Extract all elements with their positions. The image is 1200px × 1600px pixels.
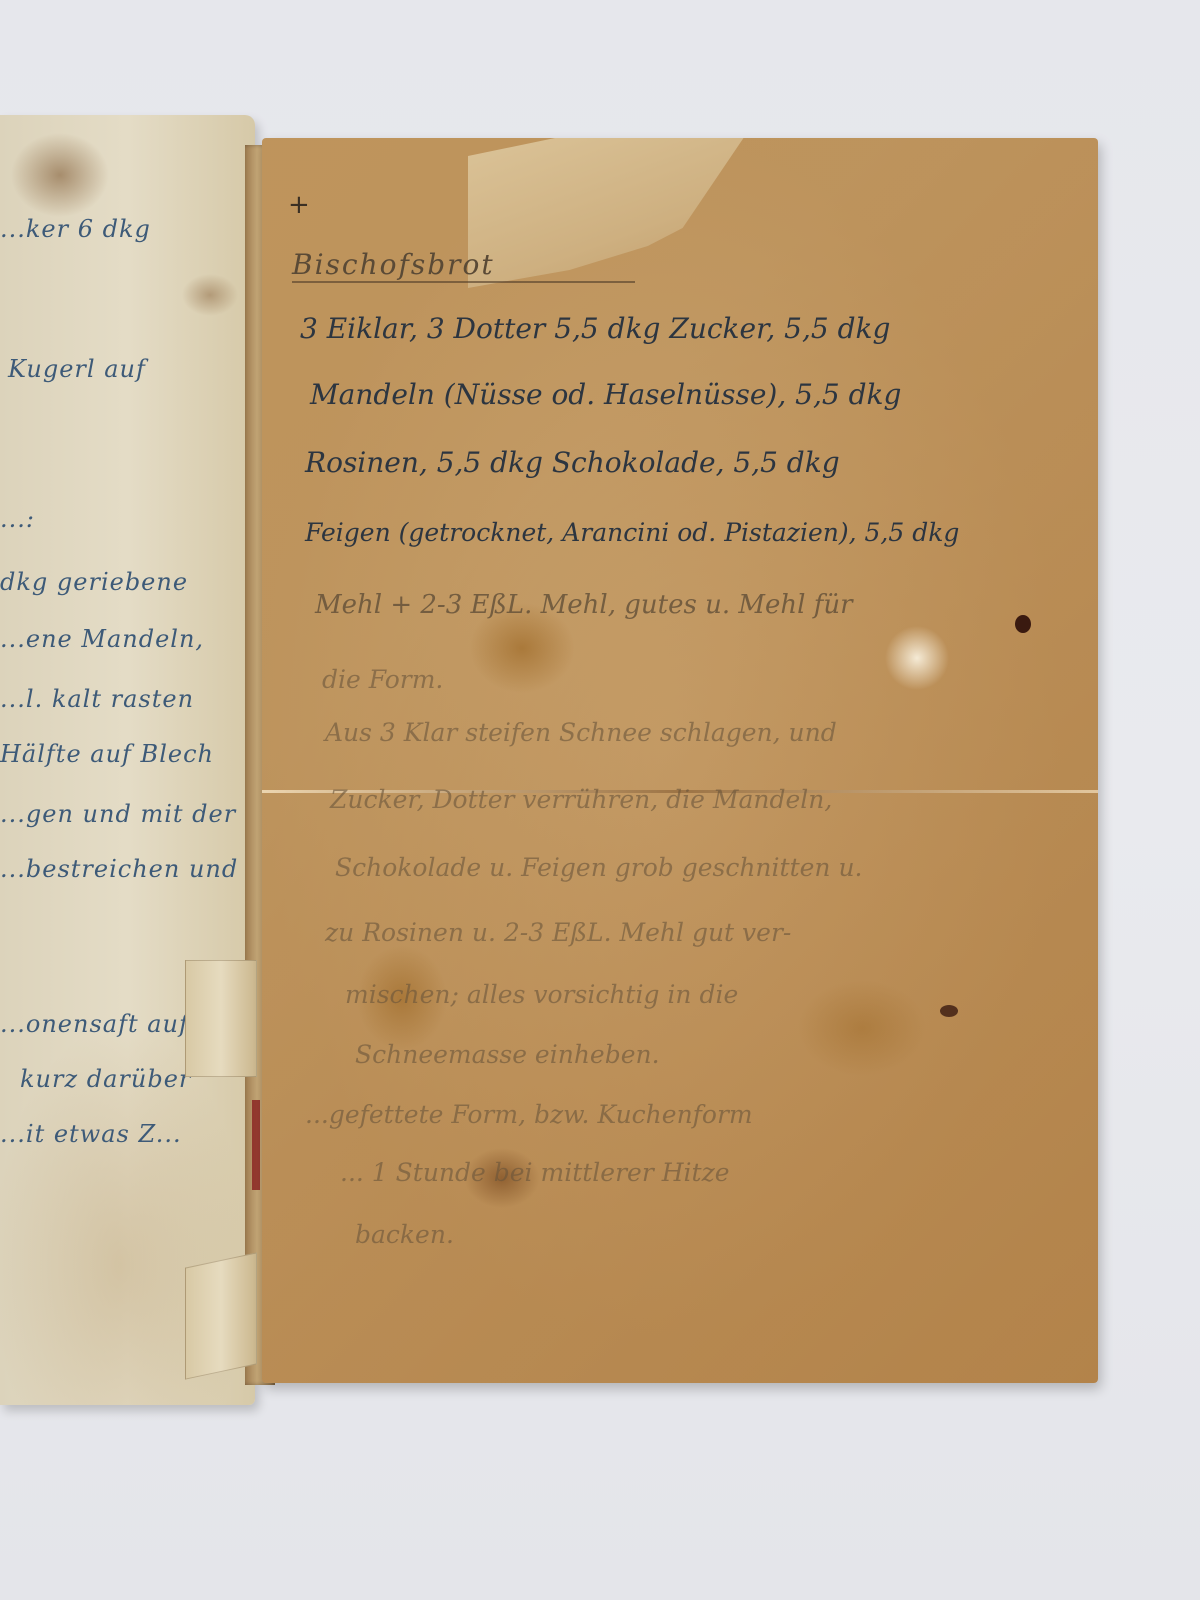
recipe-line: ...gefettete Form, bzw. Kuchenform (305, 1100, 753, 1129)
photo-scene: ...ker 6 dkg Kugerl auf ...: dkg geriebe… (0, 0, 1200, 1600)
recipe-line: Schneemasse einheben. (355, 1040, 660, 1069)
ink-blot (940, 1005, 958, 1017)
left-line: dkg geriebene (0, 568, 188, 596)
left-line: kurz darüber (20, 1065, 191, 1093)
corner-mark: + (288, 190, 310, 220)
left-line: ...l. kalt rasten (0, 685, 194, 713)
left-line: ...: (0, 505, 35, 533)
left-line: ...onensaft auf (0, 1010, 189, 1038)
left-line: ...it etwas Z... (0, 1120, 182, 1148)
binding-thread (252, 1100, 260, 1190)
recipe-line: 3 Eiklar, 3 Dotter 5,5 dkg Zucker, 5,5 d… (300, 312, 890, 345)
recipe-line: Feigen (getrocknet, Arancini od. Pistazi… (305, 518, 959, 547)
left-line: Hälfte auf Blech (0, 740, 214, 768)
torn-page-stub (185, 960, 257, 1077)
recipe-line: ... 1 Stunde bei mittlerer Hitze (340, 1158, 730, 1187)
left-notebook-page: ...ker 6 dkg Kugerl auf ...: dkg geriebe… (0, 115, 255, 1405)
recipe-line: die Form. (322, 665, 443, 694)
recipe-line: Mehl + 2-3 EßL. Mehl, gutes u. Mehl für (315, 590, 853, 620)
recipe-line: Mandeln (Nüsse od. Haselnüsse), 5,5 dkg (310, 378, 901, 411)
left-line: ...ene Mandeln, (0, 625, 204, 653)
recipe-line: zu Rosinen u. 2-3 EßL. Mehl gut ver- (325, 918, 791, 947)
recipe-line: backen. (355, 1220, 454, 1249)
left-line: Kugerl auf (8, 355, 146, 383)
ink-blot (1015, 615, 1031, 633)
recipe-title: Bischofsbrot (292, 248, 635, 283)
left-line: ...bestreichen und (0, 855, 238, 883)
recipe-line: Zucker, Dotter verrühren, die Mandeln, (330, 785, 832, 814)
recipe-line: Aus 3 Klar steifen Schnee schlagen, und (325, 718, 837, 747)
recipe-line: Rosinen, 5,5 dkg Schokolade, 5,5 dkg (305, 446, 840, 479)
left-line: ...gen und mit der (0, 800, 236, 828)
torn-page-stub (185, 1252, 257, 1379)
left-line: ...ker 6 dkg (0, 215, 151, 243)
recipe-line: mischen; alles vorsichtig in die (345, 980, 738, 1009)
recipe-line: Schokolade u. Feigen grob geschnitten u. (335, 853, 863, 882)
